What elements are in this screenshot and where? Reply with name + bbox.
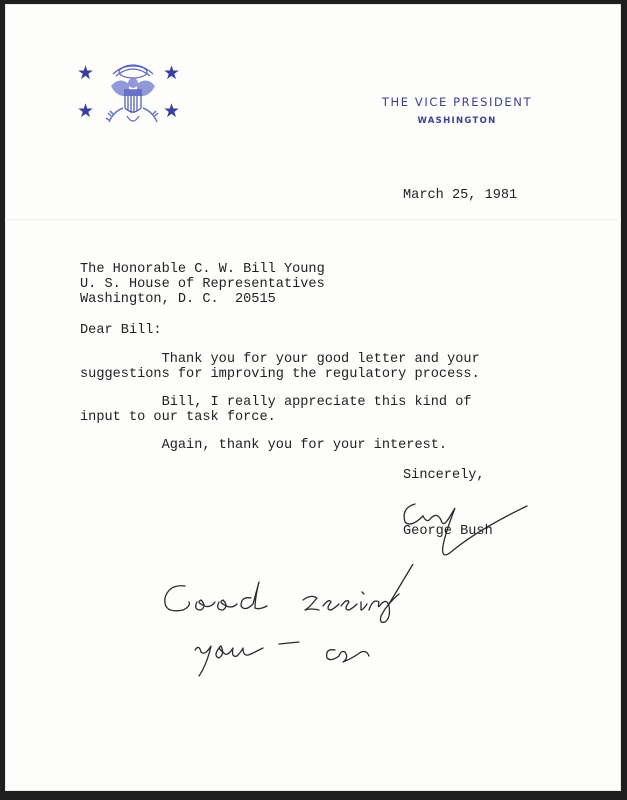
star-icon: ★ <box>77 102 94 121</box>
letter-page: ★ ★ ★ ★ THE VICE PRESIDENT WA <box>5 4 621 791</box>
paragraph-line: input to our task force. <box>80 410 276 425</box>
recipient-line: U. S. House of Representatives <box>80 277 325 292</box>
star-icon: ★ <box>163 102 180 121</box>
recipient-line: Washington, D. C. 20515 <box>80 292 276 307</box>
star-icon: ★ <box>163 64 180 83</box>
closing: Sincerely, <box>403 468 485 483</box>
paragraph-line: Thank you for your good letter and your <box>80 352 480 367</box>
star-icon: ★ <box>77 64 94 83</box>
salutation: Dear Bill: <box>80 323 162 338</box>
letter-date: March 25, 1981 <box>403 188 517 203</box>
paragraph-line: suggestions for improving the regulatory… <box>80 367 480 382</box>
letterhead-location: WASHINGTON <box>367 116 547 126</box>
vice-presidential-seal-icon <box>103 56 163 130</box>
handwritten-note-icon <box>155 564 455 684</box>
paragraph-line: Bill, I really appreciate this kind of <box>80 395 472 410</box>
paragraph-line: Again, thank you for your interest. <box>80 438 447 453</box>
signature-icon <box>397 494 537 564</box>
letterhead-title: THE VICE PRESIDENT <box>367 95 547 109</box>
recipient-line: The Honorable C. W. Bill Young <box>80 262 325 277</box>
paper-fold-line <box>5 218 621 221</box>
